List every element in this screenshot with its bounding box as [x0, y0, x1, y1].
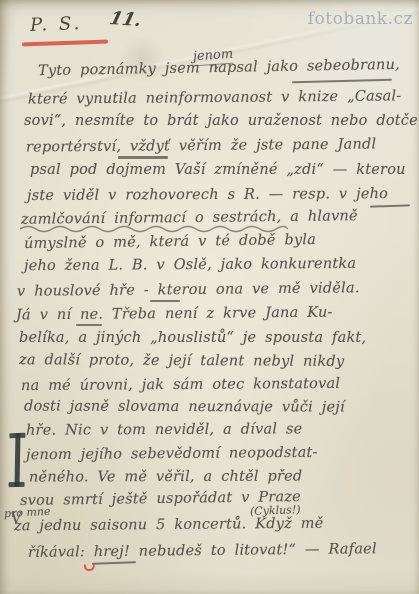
- pencil-underline: [76, 324, 102, 326]
- handwriting-line: jenom jejího sebevědomí neopodstat-: [26, 445, 318, 464]
- handwriting-line: jste viděl v rozhovorech s R. — resp. v …: [27, 186, 388, 204]
- page-number: 11.: [107, 8, 143, 31]
- handwriting-line: Já v ní ne. Třeba není z krve Jana Ku-: [16, 305, 333, 324]
- margin-i-mark: [9, 433, 26, 487]
- handwriting-line: v houslové hře - kterou ona ve mě viděla…: [17, 280, 360, 300]
- handwriting-line: reportérství, vždyť věřím že jste pane J…: [26, 136, 376, 155]
- handwriting-line: jeho žena L. B. v Oslě, jako konkurentka: [24, 256, 356, 274]
- handwriting-line: hře. Nic v tom neviděl, a díval se: [26, 421, 302, 438]
- wavy-underline: [20, 225, 288, 233]
- ps-heading: P. S.: [30, 13, 83, 36]
- handwriting-line: Tyto poznámky jsem napsal jako sebeobran…: [38, 57, 400, 79]
- handwriting-line: za další proto, že její talent nebyl nik…: [19, 352, 344, 370]
- red-tick-mark: [84, 564, 96, 572]
- handwriting-line: dosti jasně slovama neuznávaje vůči její: [24, 398, 345, 415]
- handwriting-line: úmyslně o mě, která v té době byla: [24, 232, 316, 252]
- insertion-v-mark: V: [10, 508, 23, 527]
- red-underline: [22, 40, 108, 47]
- scanned-letter-page: fotobank.cz P. S. 11. jenom ˇ Tyto pozná…: [0, 0, 419, 594]
- pencil-underline: [118, 156, 168, 159]
- margin-i-mark-stem: [15, 433, 21, 487]
- handwriting-line: belíka, a jiných „houslistů“ je spousta …: [19, 330, 366, 346]
- handwriting-line: psal pod dojmem Vaší zmíněné „zdi“ — kte…: [30, 162, 406, 178]
- handwriting-line: říkával: hrej! nebudeš to litovat!“ — Ra…: [28, 541, 377, 561]
- pencil-underline: [92, 561, 136, 565]
- pencil-underline: [150, 300, 180, 302]
- handwriting-line: které vynutila neinformovanost v knize „…: [28, 88, 402, 107]
- pencil-underline: [292, 79, 392, 84]
- handwriting-line: sovi“, nesmíte to brát jako uraženost ne…: [24, 113, 419, 129]
- pencil-underline: [370, 204, 410, 207]
- handwriting-line: na mé úrovni, jak sám otec konstatoval: [21, 376, 340, 394]
- handwriting-line: za jednu saisonu 5 koncertů. Když mě: [14, 516, 324, 535]
- margin-i-mark-serif: [9, 482, 25, 487]
- handwriting-line: něného. Ve mě věřil, a chtěl před: [29, 469, 302, 486]
- fotobank-watermark: fotobank.cz: [308, 9, 413, 29]
- insertion-cyklus: (Cyklus!): [250, 503, 301, 518]
